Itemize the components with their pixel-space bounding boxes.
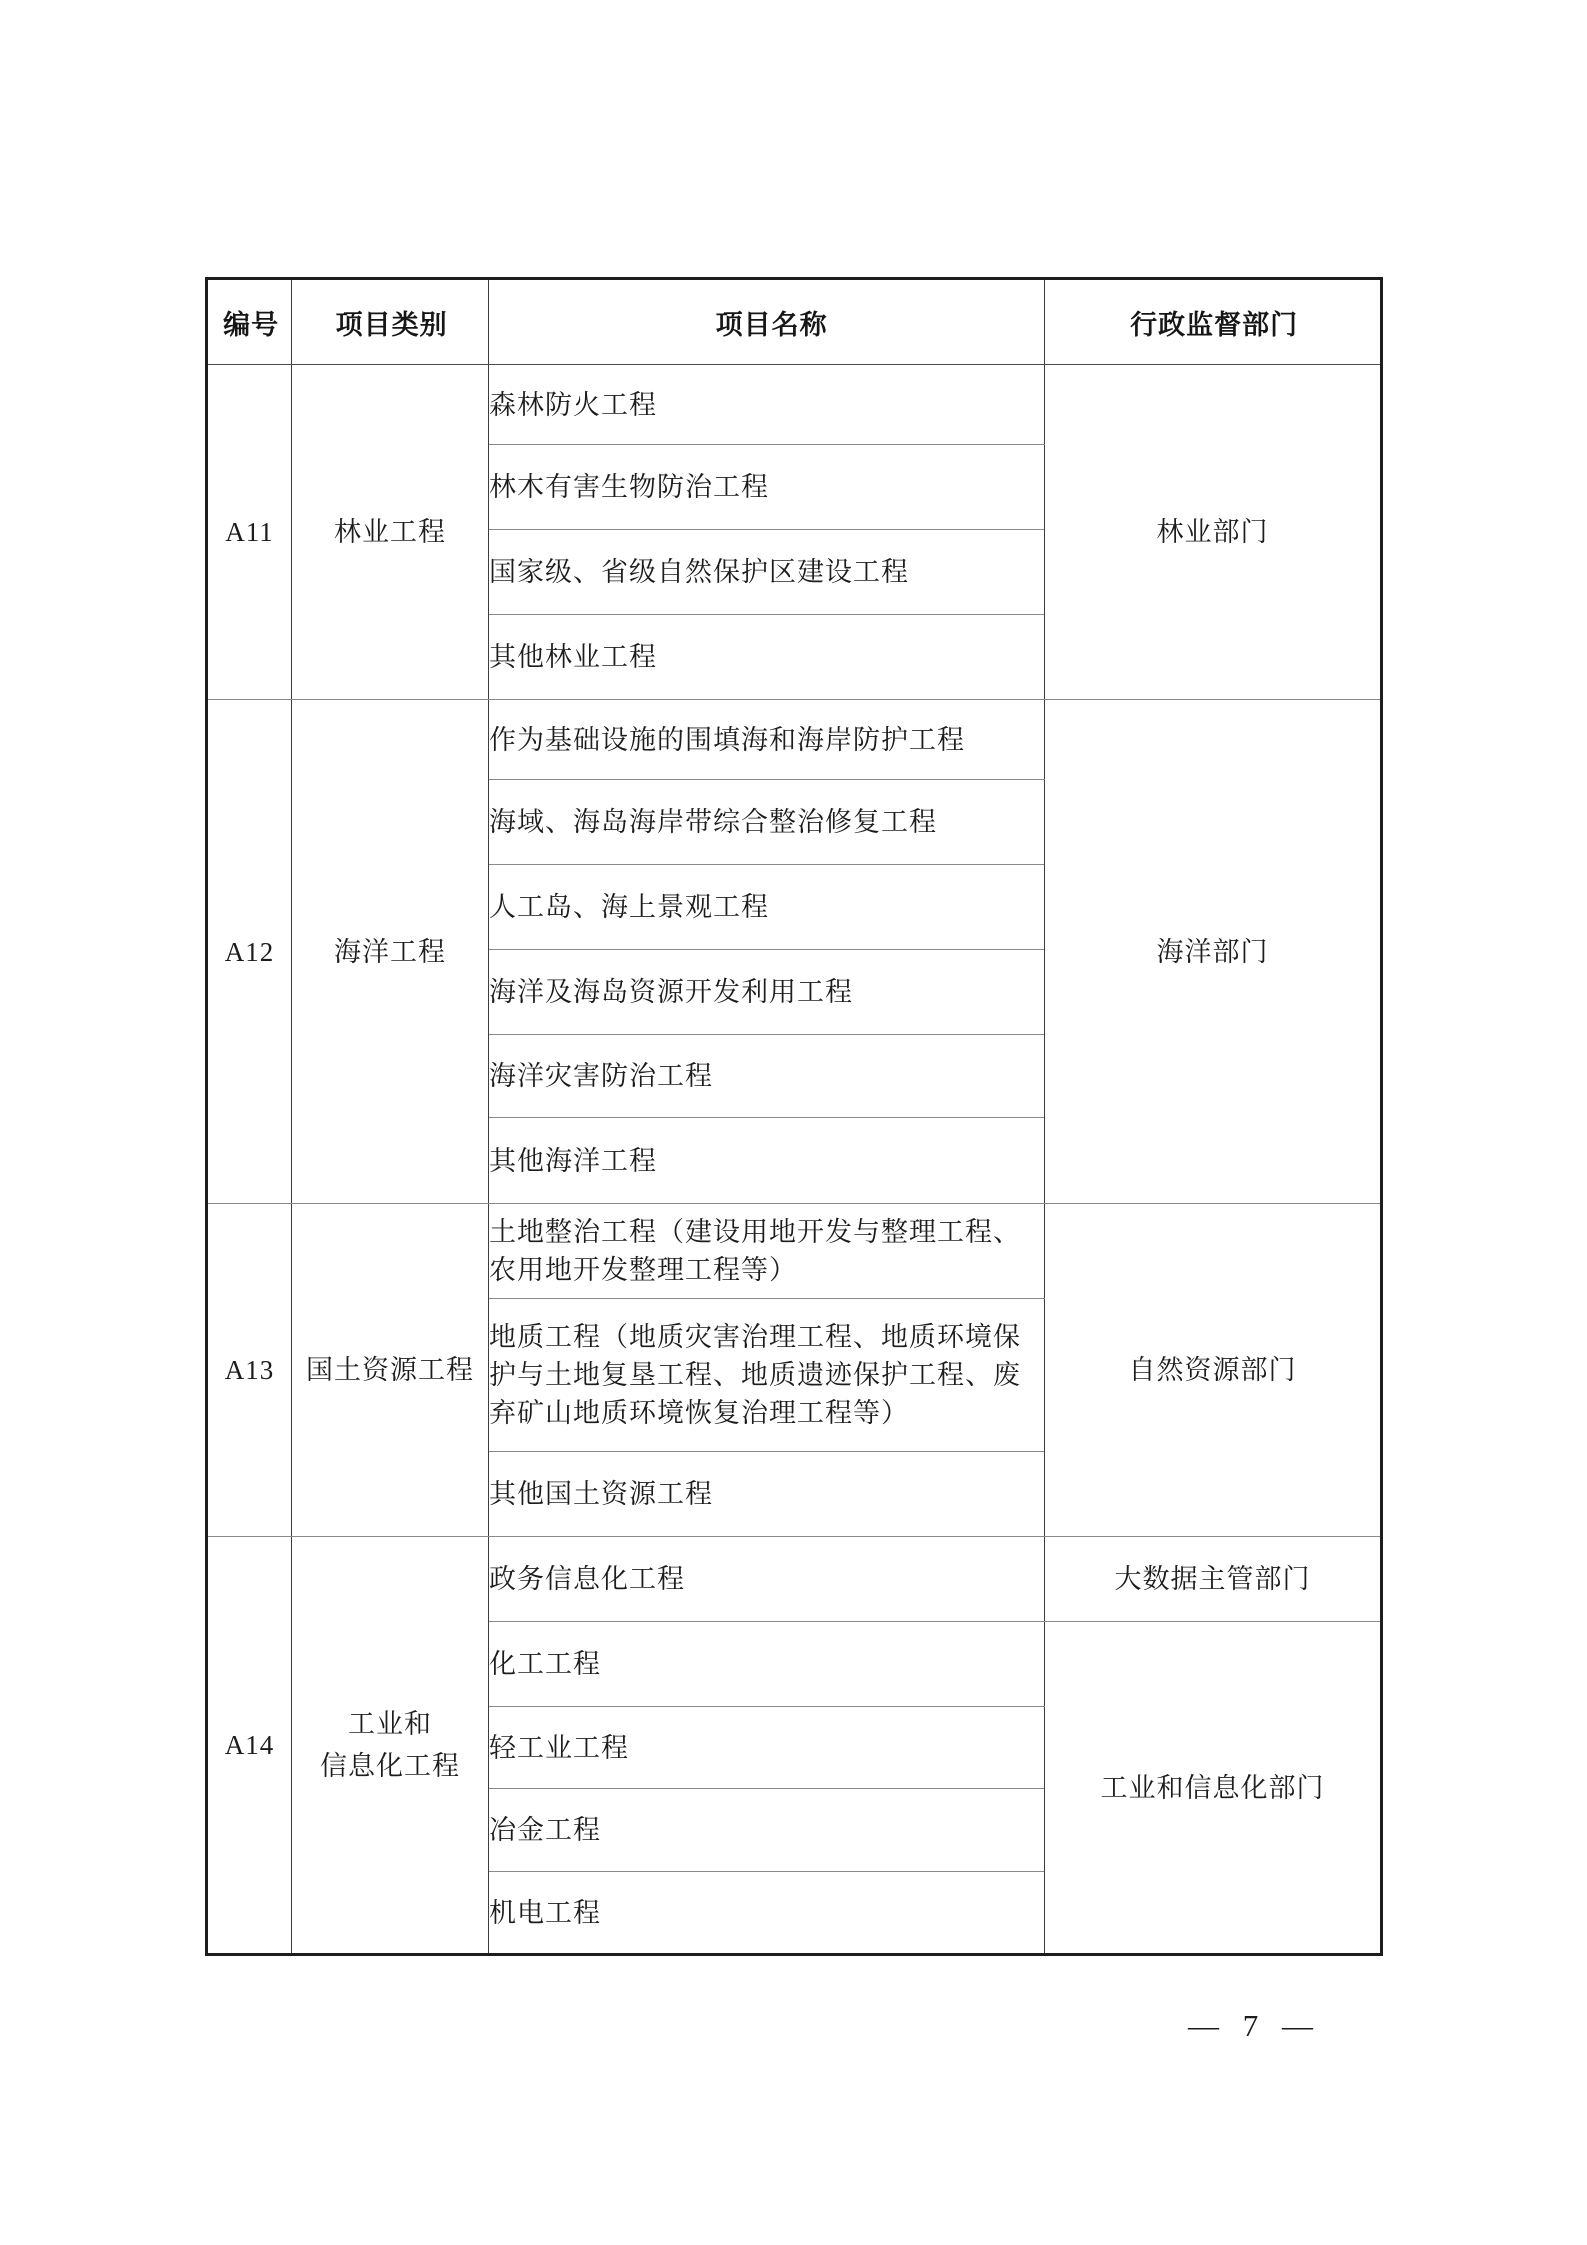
cell-a11-item-1: 林木有害生物防治工程	[489, 445, 1045, 530]
cell-a12-item-1: 海域、海岛海岸带综合整治修复工程	[489, 780, 1045, 865]
header-dept: 行政监督部门	[1045, 279, 1382, 365]
cell-a11-item-0: 森林防火工程	[489, 365, 1045, 445]
cell-a11-category: 林业工程	[292, 365, 489, 700]
header-no: 编号	[207, 279, 292, 365]
cell-a13-category: 国土资源工程	[292, 1204, 489, 1537]
cell-a14-item-1: 化工工程	[489, 1622, 1045, 1707]
cell-a12-item-2: 人工岛、海上景观工程	[489, 865, 1045, 950]
cell-a14-dept-1: 工业和信息化部门	[1045, 1622, 1382, 1955]
page-number: — 7 —	[1188, 2008, 1313, 2044]
project-category-table: 编号 项目类别 项目名称 行政监督部门 A11 林业工程 森林防火工程 林业部门…	[205, 277, 1383, 1956]
cell-a12-item-5: 其他海洋工程	[489, 1118, 1045, 1204]
cell-a11-item-3: 其他林业工程	[489, 615, 1045, 700]
cell-a11-dept: 林业部门	[1045, 365, 1382, 700]
cell-a14-item-3: 冶金工程	[489, 1789, 1045, 1872]
cell-a12-id: A12	[207, 700, 292, 1204]
cell-a14-item-2: 轻工业工程	[489, 1707, 1045, 1789]
header-category: 项目类别	[292, 279, 489, 365]
cell-a11-id: A11	[207, 365, 292, 700]
document-page: 编号 项目类别 项目名称 行政监督部门 A11 林业工程 森林防火工程 林业部门…	[0, 0, 1587, 2245]
cell-a12-category: 海洋工程	[292, 700, 489, 1204]
cell-a13-item-2: 其他国土资源工程	[489, 1452, 1045, 1537]
cell-a14-item-0: 政务信息化工程	[489, 1537, 1045, 1622]
cell-a13-item-0: 土地整治工程（建设用地开发与整理工程、 农用地开发整理工程等）	[489, 1204, 1045, 1299]
cell-a12-item-0: 作为基础设施的围填海和海岸防护工程	[489, 700, 1045, 780]
cell-a14-dept-0: 大数据主管部门	[1045, 1537, 1382, 1622]
cell-a11-item-2: 国家级、省级自然保护区建设工程	[489, 530, 1045, 615]
cell-a14-category: 工业和 信息化工程	[292, 1537, 489, 1955]
header-name: 项目名称	[489, 279, 1045, 365]
cell-a12-item-4: 海洋灾害防治工程	[489, 1035, 1045, 1118]
cell-a12-dept: 海洋部门	[1045, 700, 1382, 1204]
cell-a14-item-4: 机电工程	[489, 1872, 1045, 1955]
cell-a13-dept: 自然资源部门	[1045, 1204, 1382, 1537]
cell-a14-id: A14	[207, 1537, 292, 1955]
cell-a13-item-1: 地质工程（地质灾害治理工程、地质环境保 护与土地复垦工程、地质遗迹保护工程、废 …	[489, 1299, 1045, 1452]
cell-a12-item-3: 海洋及海岛资源开发利用工程	[489, 950, 1045, 1035]
cell-a13-id: A13	[207, 1204, 292, 1537]
